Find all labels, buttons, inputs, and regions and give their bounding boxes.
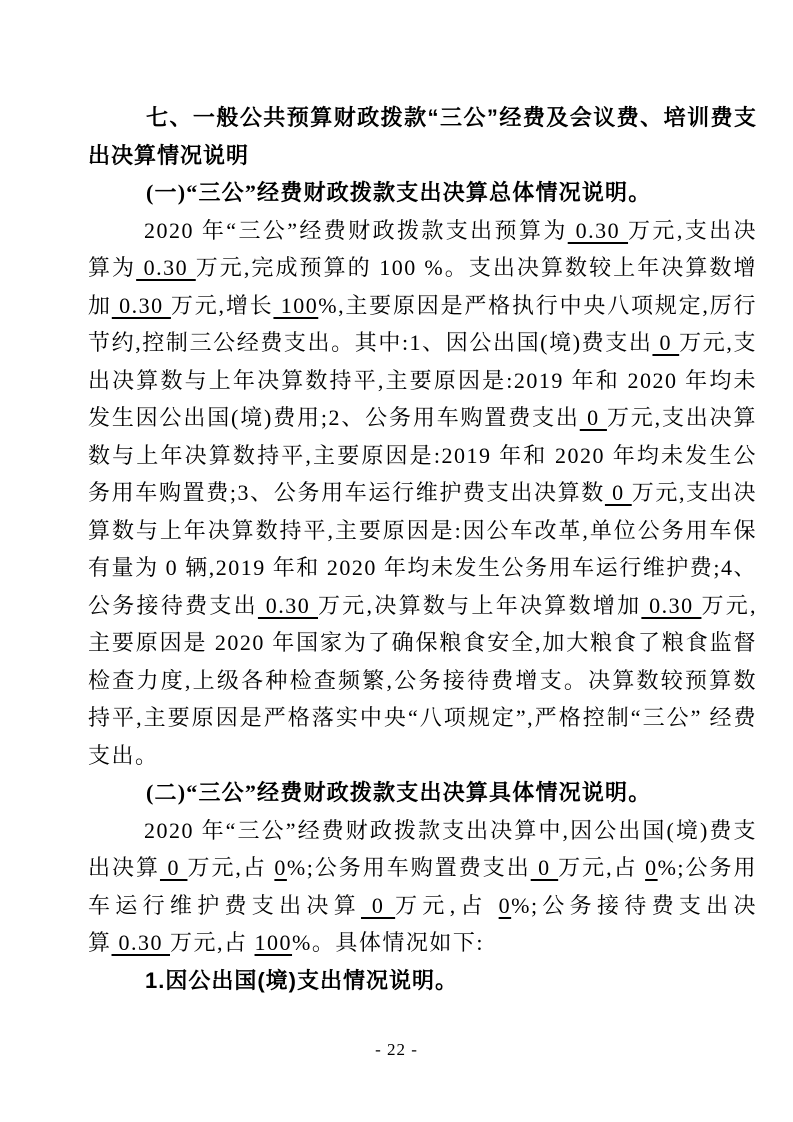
underlined-value: 0 bbox=[652, 330, 679, 355]
document-page: 七、一般公共预算财政拨款“三公”经费及会议费、培训费支出决算情况说明 (一)“三… bbox=[0, 0, 793, 1122]
page-number: - 22 - bbox=[0, 1040, 793, 1060]
underlined-value: 0.30 bbox=[136, 255, 196, 280]
text-run: 万元,主要原因是 2020 年国家为了确保粮食安全,加大粮食了粮食监督检查力度,… bbox=[88, 593, 757, 768]
main-section-heading: 七、一般公共预算财政拨款“三公”经费及会议费、培训费支出决算情况说明 bbox=[88, 99, 757, 174]
underlined-value: 100 bbox=[273, 293, 318, 318]
document-content: 七、一般公共预算财政拨款“三公”经费及会议费、培训费支出决算情况说明 (一)“三… bbox=[88, 99, 757, 999]
underlined-value: 0 bbox=[274, 855, 287, 880]
underlined-value: 0.30 bbox=[112, 293, 171, 318]
underlined-value: 0.30 bbox=[112, 930, 171, 955]
underlined-value: 0.30 bbox=[258, 593, 318, 618]
text-run: 2020 年“三公”经费财政拨款支出预算为 bbox=[144, 218, 568, 243]
underlined-value: 0 bbox=[499, 893, 512, 918]
text-run: 万元,占 bbox=[395, 893, 499, 918]
underlined-value: 0 bbox=[580, 405, 607, 430]
section2-paragraph: 2020 年“三公”经费财政拨款支出决算中,因公出国(境)费支出决算 0 万元,… bbox=[88, 812, 757, 962]
underlined-value: 0 bbox=[160, 855, 187, 880]
text-run: 万元,占 bbox=[558, 855, 645, 880]
text-run: 万元,占 bbox=[187, 855, 274, 880]
underlined-value: 0 bbox=[361, 893, 395, 918]
section1-heading: (一)“三公”经费财政拨款支出决算总体情况说明。 bbox=[88, 174, 757, 212]
section2-heading: (二)“三公”经费财政拨款支出决算具体情况说明。 bbox=[88, 774, 757, 812]
underlined-value: 0 bbox=[605, 480, 632, 505]
text-run: %;公务用车购置费支出 bbox=[287, 855, 531, 880]
text-run: 万元,占 bbox=[170, 930, 255, 955]
text-run: 万元,增长 bbox=[171, 293, 274, 318]
underlined-value: 0 bbox=[531, 855, 558, 880]
subsection1-heading: 1.因公出国(境)支出情况说明。 bbox=[88, 962, 757, 1000]
underlined-value: 100 bbox=[255, 930, 293, 955]
underlined-value: 0.30 bbox=[568, 218, 628, 243]
text-run: 万元,决算数与上年决算数增加 bbox=[318, 593, 641, 618]
underlined-value: 0.30 bbox=[641, 593, 701, 618]
text-run: %。具体情况如下: bbox=[292, 930, 484, 955]
section1-paragraph: 2020 年“三公”经费财政拨款支出预算为 0.30 万元,支出决算为 0.30… bbox=[88, 212, 757, 775]
underlined-value: 0 bbox=[645, 855, 658, 880]
